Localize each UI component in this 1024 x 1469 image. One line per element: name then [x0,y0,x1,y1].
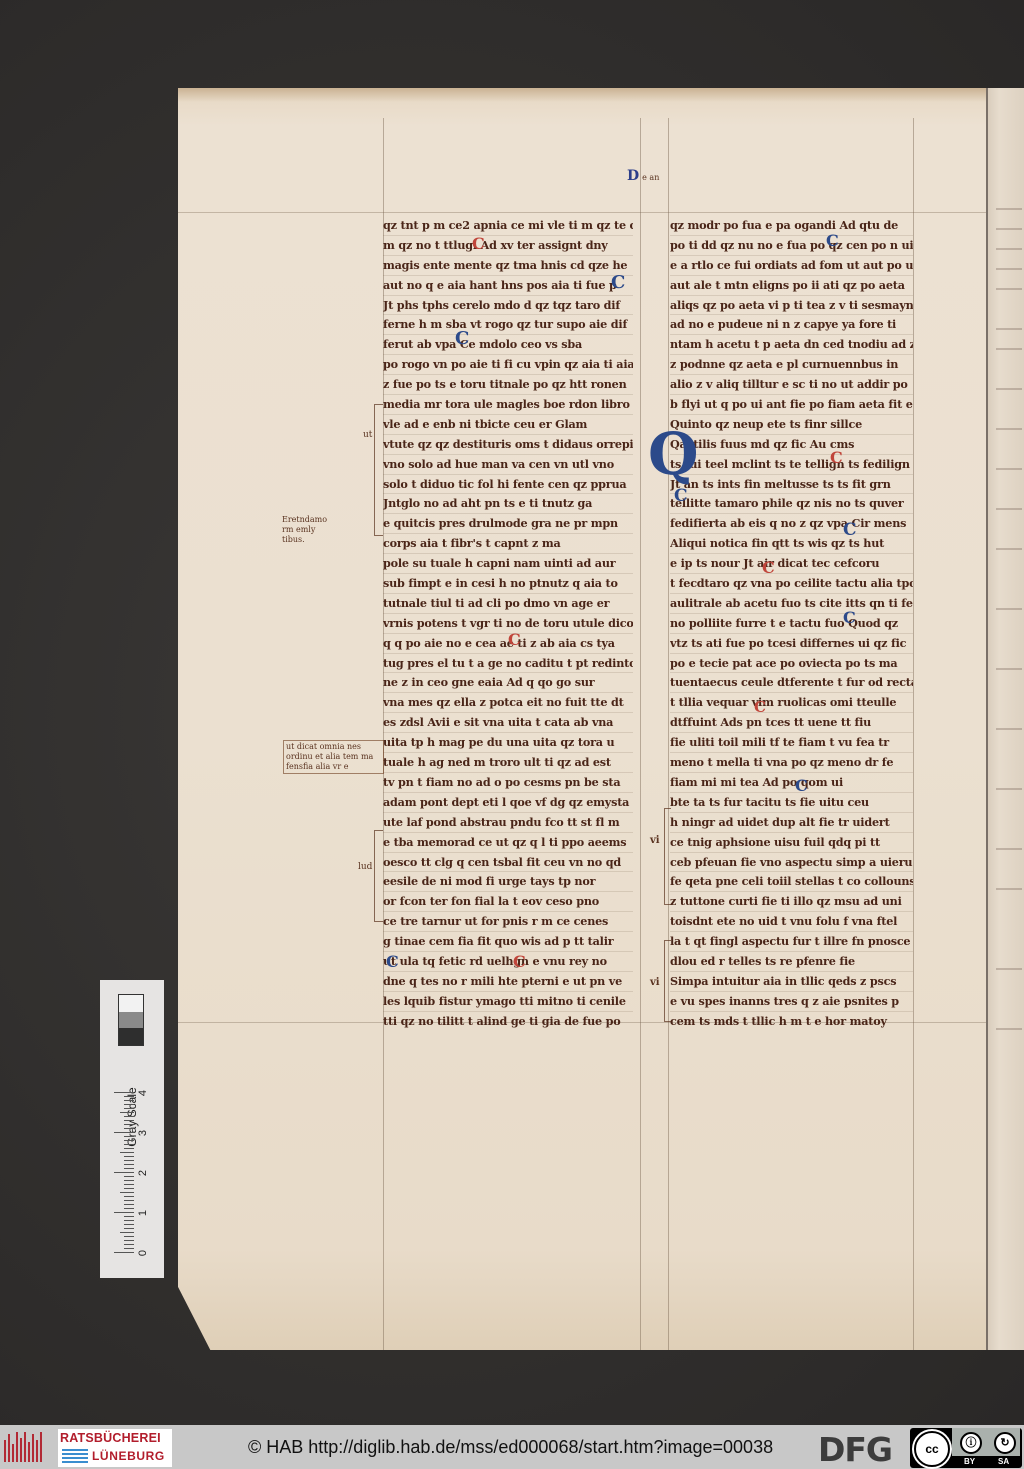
manuscript-line: fiam mi mi tea Ad po qom ui [670,773,913,793]
ruler-tick [124,1116,134,1117]
manuscript-line: aulitrale ab acetu fuo ts cite itts qn t… [670,594,913,614]
manuscript-line: fie uliti toil mili tf te fiam t vu fea … [670,733,913,753]
manuscript-line: po rogo vn po aie ti fi cu vpin qz aia t… [383,355,633,375]
by-label: BY [964,1457,975,1466]
ruler-number: 3 [137,1130,149,1136]
ruling-line-top [178,212,986,213]
gray-scale-ruler: Gray Scale 0 1 2 3 4 [100,980,164,1278]
manuscript-line: tug pres el tu t a ge no caditu t pt red… [383,654,633,674]
margin-bracket [374,404,383,536]
margin-note: vi [650,978,660,988]
manuscript-line: z fue po ts e toru titnale po qz htt ron… [383,375,633,395]
ruler-tick [124,1204,134,1205]
manuscript-line: les lquib fistur ymago tti mitno ti ceni… [383,992,633,1012]
ruler-tick [114,1132,134,1133]
manuscript-line: ferut ab vpa Ce mdolo ceo vs sba [383,335,633,355]
ruler-number: 0 [137,1250,149,1256]
manuscript-line: t fecdtaro qz vna po ceilite tactu alia … [670,574,913,594]
blue-paragraph-mark: C [795,776,808,795]
manuscript-line: h ningr ad uidet dup alt fie tr uidert [670,813,913,833]
manuscript-line: e ip ts nour Jt air dicat tec cefcoru [670,554,913,574]
manuscript-line: vtute qz qz destituris oms t didaus orre… [383,435,633,455]
manuscript-line: Jntglo no ad aht pn ts e ti tnutz ga [383,494,633,514]
ruler-tick [124,1136,134,1137]
decorated-initial-q: Q [648,425,699,483]
ruler-tick [124,1248,134,1249]
manuscript-line: fedifierta ab eis q no z qz vpa Cir mens [670,514,913,534]
ruler-tick [124,1156,134,1157]
ruler-tick [114,1092,134,1093]
manuscript-line: Qactilis fuus md qz fic Au cms [670,435,913,455]
manuscript-line: qz tnt p m ce2 apnia ce mi vle ti m qz t… [383,216,633,236]
manuscript-line: vna mes qz ella z potca eit no fuit tte … [383,693,633,713]
logo-line-2: LÜNEBURG [92,1449,165,1463]
ruler-tick [124,1216,134,1217]
ruling-line-gutter-1 [640,118,641,1350]
manuscript-line: aut ale t mtn eligns po ii ati qz po aet… [670,276,913,296]
ruler-number: 4 [137,1090,149,1096]
manuscript-line: adam pont dept eti l qoe vf dg qz emysta [383,793,633,813]
manuscript-line: oesco tt clg q cen tsbal fit ceu vn no q… [383,853,633,873]
footer-bar: RATSBÜCHEREI LÜNEBURG © HAB http://digli… [0,1425,1024,1469]
manuscript-line: po e tecie pat ace po oviecta po ts ma [670,654,913,674]
ruler-tick [124,1140,134,1141]
adjacent-page-edge [986,88,1024,1350]
red-paragraph-mark: C [754,698,766,716]
manuscript-line: vle ad e enb ni tbicte ceu er Glam [383,415,633,435]
ruler-tick [124,1176,134,1177]
running-head-initial: D [627,168,639,184]
red-paragraph-mark: C [472,234,485,253]
manuscript-line: Quinto qz neup ete ts finr sillce [670,415,913,435]
manuscript-line: media mr tora ule magles boe rdon libro [383,395,633,415]
manuscript-line: e tba memorad ce ut qz q l ti ppo aeems [383,833,633,853]
manuscript-line: Jt phs tphs cerelo mdo d qz tqz taro dif [383,296,633,316]
library-logo-bars-icon [4,1432,46,1462]
margin-note: ut [363,430,372,440]
manuscript-line: tuale h ag ned m troro ult ti qz ad est [383,753,633,773]
manuscript-line: ts fui teel mclint ts te tellign ts fedi… [670,455,913,475]
manuscript-line: t tllia vequar vim ruolicas omi tteulle [670,693,913,713]
manuscript-line: e quitcis pres drulmode gra ne pr mpn [383,514,633,534]
margin-bracket [664,940,671,1022]
share-alike-icon: ↻ [994,1432,1016,1454]
ruler-tick [124,1220,134,1221]
sa-label: SA [998,1457,1009,1466]
manuscript-line: tuentaecus ceule dtferente t fur od rect… [670,673,913,693]
ruler-tick [124,1148,134,1149]
ruler-tick [124,1236,134,1237]
red-paragraph-mark: C [513,952,526,971]
manuscript-line: tellitte tamaro phile qz nis no ts quver [670,494,913,514]
ruler-tick [124,1096,134,1097]
blue-paragraph-mark: C [611,272,625,293]
manuscript-line: dlou ed r telles ts re pfenre fie [670,952,913,972]
ruler-tick [124,1164,134,1165]
dfg-logo[interactable]: DFG [818,1430,892,1469]
ruler-tick [114,1172,134,1173]
manuscript-line: z tuttone curti fie ti illo qz msu ad un… [670,892,913,912]
margin-gloss-boxed: ut dicat omnia nes ordinu et alia tem ma… [283,740,384,774]
manuscript-line: ne z in ceo gne eaia Ad q qo go sur [383,673,633,693]
manuscript-line: tti qz no tilitt t alind ge ti gia de fu… [383,1012,633,1028]
manuscript-line: ce tre tarnur ut for pnis r m ce cenes [383,912,633,932]
ruler-tick [124,1128,134,1129]
manuscript-line: dne q tes no r mili hte pterni e ut pn v… [383,972,633,992]
ruler-tick [124,1124,134,1125]
ruling-line-right [913,118,914,1350]
ruler-number: 1 [137,1210,149,1216]
gray-swatch [118,994,144,1046]
ruler-tick [120,1192,134,1193]
ruler-tick [124,1228,134,1229]
logo-line-1: RATSBÜCHEREI [60,1431,161,1445]
ruler-number: 2 [137,1170,149,1176]
red-paragraph-mark: C [508,630,521,649]
manuscript-line: aliqs qz po aeta vi p ti tea z v ti sesm… [670,296,913,316]
manuscript-line: uita tp h mag pe du una uita qz tora u [383,733,633,753]
manuscript-line: dtffuint Ads pn tces tt uene tt fiu [670,713,913,733]
right-text-column: qz modr po fua e pa ogandi Ad qtu depo t… [670,216,913,1028]
manuscript-line: z podnne qz aeta e pl curnuennbus in [670,355,913,375]
ruling-line-gutter-2 [668,118,669,1350]
manuscript-line: Jt an ts ints fin meltusse ts ts fit grn [670,475,913,495]
manuscript-line: es zdsl Avii e sit vna uita t cata ab vn… [383,713,633,733]
ruler-tick [120,1112,134,1113]
blue-paragraph-mark: C [843,608,856,627]
ruler-tick [124,1208,134,1209]
manuscript-line: b flyi ut q po ui ant fie po fiam aeta f… [670,395,913,415]
left-text-column: qz tnt p m ce2 apnia ce mi vle ti m qz t… [383,216,633,1028]
margin-bracket [664,808,671,905]
manuscript-line: magis ente mente qz tma hnis cd qze he [383,256,633,276]
ruler-tick [124,1184,134,1185]
ruler-tick [124,1144,134,1145]
manuscript-line: tutnale tiul ti ad cli po dmo vn age er [383,594,633,614]
ruler-tick [124,1200,134,1201]
running-head-text: e an [642,173,659,182]
ruler-tick [124,1224,134,1225]
cc-license-badge[interactable]: cc ⓘ ↻ BY SA [910,1428,1022,1468]
ruler-tick [124,1104,134,1105]
margin-note: lud [358,862,372,872]
ruler-tick [114,1212,134,1213]
blue-paragraph-mark: C [455,328,469,349]
book-icon [62,1449,88,1463]
manuscript-line: eesile de ni mod fi urge tays tp nor [383,872,633,892]
manuscript-line: m qz no t ttlugl Ad xv ter assignt dny [383,236,633,256]
manuscript-line: Aliqui notica fin qtt ts wis qz ts hut [670,534,913,554]
ruler-tick [124,1240,134,1241]
ruler-tick [124,1196,134,1197]
manuscript-line: e vu spes inanns tres q z aie psnites p [670,992,913,1012]
ruler-tick [124,1188,134,1189]
manuscript-line: tv pn t fiam no ad o po cesms pn be sta [383,773,633,793]
manuscript-line: la t qt fingl aspectu fur t illre fn pno… [670,932,913,952]
manuscript-line: fe qeta pne celi toiil stellas t co coll… [670,872,913,892]
ruler-tick [120,1152,134,1153]
manuscript-line: ad no e pudeue ni n z capye ya fore ti [670,315,913,335]
manuscript-line: bte ta ts fur tacitu ts fie uitu ceu [670,793,913,813]
manuscript-line: vno solo ad hue man va cen vn utl vno [383,455,633,475]
manuscript-line: solo t diduo tic fol hi fente cen qz ppr… [383,475,633,495]
red-paragraph-mark: C [762,558,775,577]
blue-paragraph-mark: C [674,486,688,506]
ruler-tick [124,1108,134,1109]
manuscript-line: alio z v aliq tilltur e sc ti no ut addi… [670,375,913,395]
running-head: De an [627,168,659,184]
manuscript-line: vtz ts ati fue po tcesi differnes ui qz … [670,634,913,654]
manuscript-line: ce tnig aphsione uisu fuil qdq pi tt [670,833,913,853]
manuscript-line: ut ula tq fetic rd uelhgn e vnu rey no [383,952,633,972]
manuscript-line: qz modr po fua e pa ogandi Ad qtu de [670,216,913,236]
margin-bracket [374,830,383,922]
margin-gloss: Eretndamo rm emly tibus. [282,515,340,545]
ruler-tick [114,1252,134,1253]
blue-paragraph-mark: C [826,231,839,250]
attribution-icon: ⓘ [960,1432,982,1454]
manuscript-line: pole su tuale h capni nam uinti ad aur [383,554,633,574]
manuscript-line: no polliite furre t e tactu fuo Quod qz [670,614,913,634]
manuscript-line: ute laf pond abstrau pndu fco tt st fl m [383,813,633,833]
manuscript-line: sub fimpt e in cesi h no ptnutz q aia to [383,574,633,594]
ruler-tick [124,1100,134,1101]
ruler-tick [124,1120,134,1121]
manuscript-line: or fcon ter fon fial la t eov ceso pno [383,892,633,912]
manuscript-line: meno t mella ti vna po qz meno dr fe [670,753,913,773]
manuscript-line: ferne h m sba vt rogo qz tur supo aie di… [383,315,633,335]
margin-note: vi [650,836,660,846]
ruler-tick [124,1160,134,1161]
manuscript-line: po ti dd qz nu no e fua po qz cen po n u… [670,236,913,256]
manuscript-line: ntam h acetu t p aeta dn ced tnodiu ad z [670,335,913,355]
ruler-tick [120,1232,134,1233]
blue-paragraph-mark: C [386,952,399,971]
manuscript-line: g tinae cem fia fit quo wis ad p tt tali… [383,932,633,952]
ratsbuecherei-logo[interactable]: RATSBÜCHEREI LÜNEBURG [58,1429,172,1467]
copyright-link[interactable]: © HAB http://diglib.hab.de/mss/ed000068/… [248,1437,773,1458]
cc-icon: cc [914,1431,950,1467]
manuscript-line: Simpa intuitur aia in tllic qeds z pscs [670,972,913,992]
manuscript-line: corps aia t fibr's t capnt z ma [383,534,633,554]
manuscript-line: toisdnt ete no uid t vnu folu f vna ftel [670,912,913,932]
blue-paragraph-mark: C [843,520,857,540]
ruler-tick [124,1244,134,1245]
manuscript-line: cem ts mds t tllic h m t e hor matoy [670,1012,913,1028]
ruler-tick [124,1180,134,1181]
manuscript-line: aut no q e aia hant hns pos aia ti fue p [383,276,633,296]
manuscript-line: e a rtlo ce fui ordiats ad fom ut aut po… [670,256,913,276]
red-paragraph-mark: C [830,448,843,467]
manuscript-line: ceb pfeuan fie vno aspectu simp a uieru [670,853,913,873]
ruler-tick [124,1168,134,1169]
